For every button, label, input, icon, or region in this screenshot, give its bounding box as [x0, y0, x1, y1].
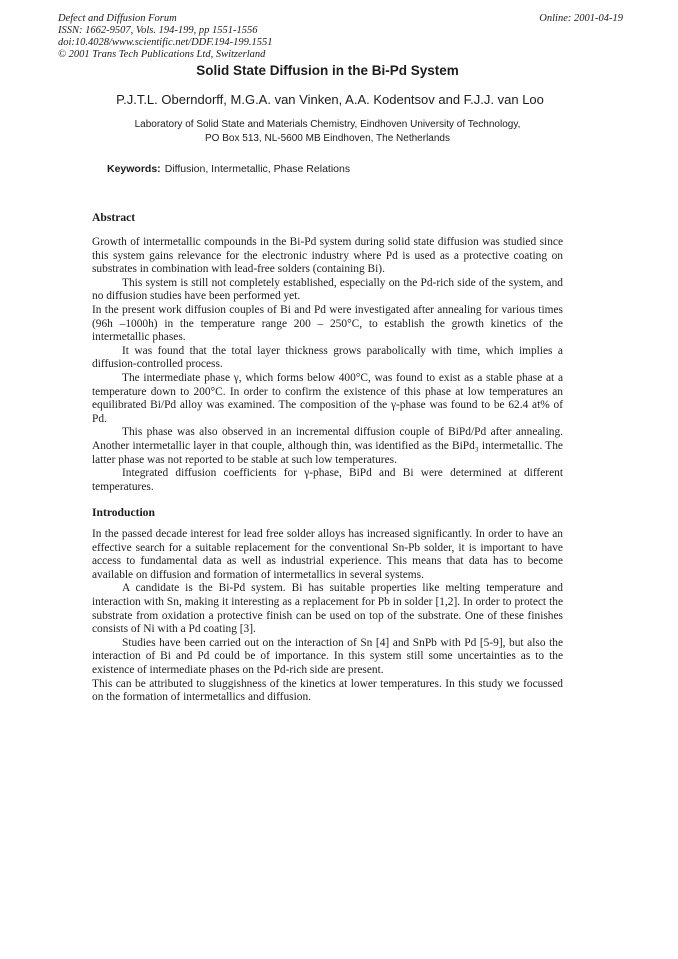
abstract-paragraph: This phase was also observed in an incre…: [92, 426, 563, 467]
introduction-heading: Introduction: [92, 506, 155, 519]
introduction-paragraph: In the passed decade interest for lead f…: [92, 528, 563, 582]
authors: P.J.T.L. Oberndorff, M.G.A. van Vinken, …: [50, 92, 610, 107]
paper-page: Defect and Diffusion Forum ISSN: 1662-95…: [0, 0, 678, 959]
keywords-label: Keywords:: [107, 163, 161, 175]
abstract-paragraph: Integrated diffusion coefficients for γ-…: [92, 467, 563, 494]
keywords-value: Diffusion, Intermetallic, Phase Relation…: [165, 163, 350, 175]
keywords-line: Keywords:Diffusion, Intermetallic, Phase…: [107, 163, 350, 175]
abstract-paragraph: It was found that the total layer thickn…: [92, 345, 563, 372]
affiliation: Laboratory of Solid State and Materials …: [92, 118, 563, 145]
journal-title: Defect and Diffusion Forum: [58, 13, 273, 25]
introduction-paragraph: This can be attributed to sluggishness o…: [92, 678, 563, 705]
affiliation-line-2: PO Box 513, NL-5600 MB Eindhoven, The Ne…: [92, 132, 563, 146]
abstract-paragraph: Growth of intermetallic compounds in the…: [92, 236, 563, 277]
affiliation-line-1: Laboratory of Solid State and Materials …: [92, 118, 563, 132]
introduction-paragraph: Studies have been carried out on the int…: [92, 637, 563, 678]
online-date: Online: 2001-04-19: [539, 13, 623, 24]
abstract-paragraph: The intermediate phase γ, which forms be…: [92, 372, 563, 426]
abstract-heading: Abstract: [92, 211, 135, 224]
abstract-paragraph: This system is still not completely esta…: [92, 277, 563, 304]
journal-header: Defect and Diffusion Forum ISSN: 1662-95…: [58, 13, 273, 61]
introduction-paragraph: A candidate is the Bi-Pd system. Bi has …: [92, 582, 563, 636]
introduction-body: In the passed decade interest for lead f…: [92, 528, 563, 705]
copyright-line: © 2001 Trans Tech Publications Ltd, Swit…: [58, 49, 273, 61]
abstract-paragraph: In the present work diffusion couples of…: [92, 304, 563, 345]
paper-title: Solid State Diffusion in the Bi-Pd Syste…: [92, 63, 563, 78]
doi-line: doi:10.4028/www.scientific.net/DDF.194-1…: [58, 37, 273, 49]
issn-line: ISSN: 1662-9507, Vols. 194-199, pp 1551-…: [58, 25, 273, 37]
abstract-body: Growth of intermetallic compounds in the…: [92, 236, 563, 494]
